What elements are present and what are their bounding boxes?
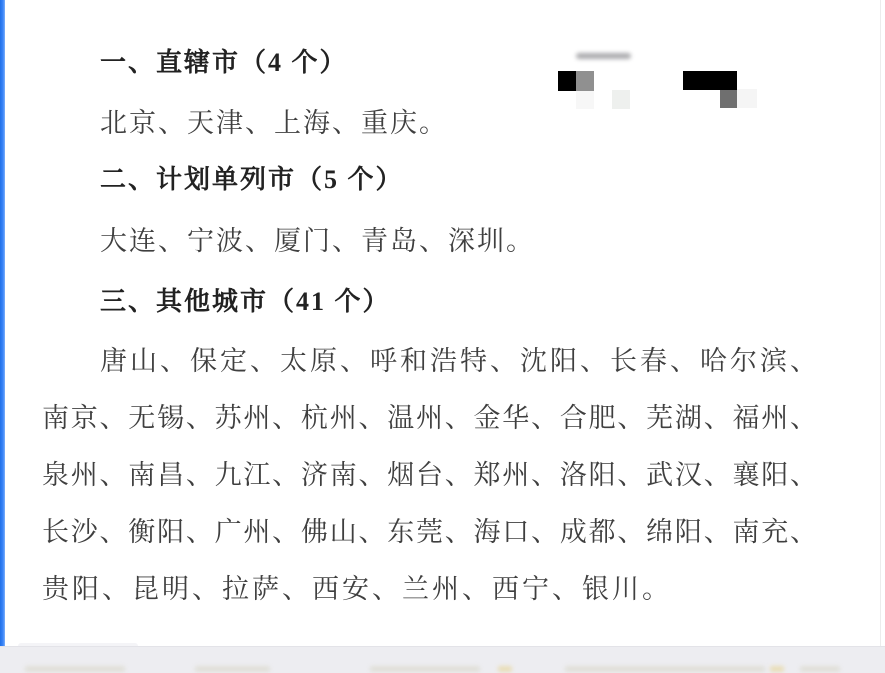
section-3-line-5: 贵阳、昆明、拉萨、西安、兰州、西宁、银川。 — [42, 566, 817, 623]
section-3-line-4: 长沙、衡阳、广州、佛山、东莞、海口、成都、绵阳、南充、 — [42, 509, 817, 566]
bottom-bar-ghost-text-1 — [25, 666, 125, 672]
section-1-heading: 一、直辖市（4 个） — [100, 42, 348, 79]
section-3-paragraph: 唐山、保定、太原、呼和浩特、沈阳、长春、哈尔滨、 南京、无锡、苏州、杭州、温州、… — [42, 338, 817, 623]
redaction-block-2-remnant — [737, 89, 757, 108]
redaction-block-1 — [558, 71, 576, 91]
redaction-block-2 — [683, 71, 737, 90]
video-frame-document-page: { "page": { "background_color": "#ffffff… — [0, 0, 885, 673]
section-3-line-1: 唐山、保定、太原、呼和浩特、沈阳、长春、哈尔滨、 — [42, 338, 817, 395]
bottom-bar-ghost-dot-1 — [498, 666, 512, 672]
redaction-block-1-remnant-b — [612, 90, 630, 109]
section-2-heading: 二、计划单列市（5 个） — [100, 159, 404, 196]
bottom-bar — [0, 646, 885, 673]
redaction-block-1-remnant-a — [576, 91, 594, 109]
section-3-heading: 三、其他城市（41 个） — [100, 281, 391, 318]
watermark-smudge — [576, 53, 631, 59]
redaction-block-2-gray — [720, 90, 737, 108]
section-3-line-2: 南京、无锡、苏州、杭州、温州、金华、合肥、芜湖、福州、 — [42, 395, 817, 452]
bottom-bar-ghost-text-5 — [800, 666, 840, 672]
section-3-line-3: 泉州、南昌、九江、济南、烟台、郑州、洛阳、武汉、襄阳、 — [42, 452, 817, 509]
bottom-bar-ghost-text-3 — [370, 666, 480, 672]
section-1-body: 北京、天津、上海、重庆。 — [100, 101, 448, 140]
redaction-block-1-gray — [576, 71, 594, 91]
bottom-bar-ghost-text-2 — [195, 666, 270, 672]
bottom-bar-ghost-text-4 — [565, 666, 765, 672]
section-2-body: 大连、宁波、厦门、青岛、深圳。 — [100, 219, 535, 258]
bottom-bar-ghost-dot-2 — [770, 666, 784, 672]
